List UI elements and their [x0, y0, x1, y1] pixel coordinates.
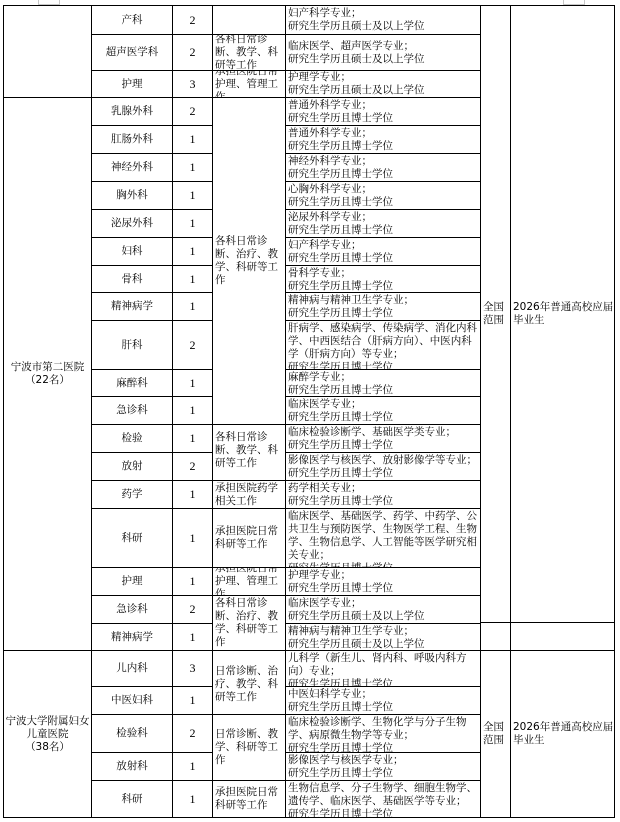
requirement-cell: 影像医学与核医学专业； 研究生学历且博士学位 [285, 752, 481, 781]
requirement-cell: 临床检验诊断学、基础医学类专业； 研究生学历且博士学位 [285, 424, 481, 453]
count-cell: 3 [172, 650, 213, 687]
duty-cell: 承担医院药学相关工作 [212, 480, 286, 509]
duty-cell: 各科日常诊断、治疗、教学、科研等工作 [212, 595, 286, 651]
duty-cell [212, 5, 286, 35]
requirement-cell: 肝病学、感染病学、传染病学、消化内科学、中西医结合（肝病方向）、中医内科学（肝病… [285, 320, 481, 370]
count-cell: 1 [172, 292, 213, 321]
duty-cell: 日常诊断、治疗、教学、科研等工作 [212, 650, 286, 715]
dept-cell: 急诊科 [91, 595, 173, 624]
dept-cell: 泌尿外科 [91, 209, 173, 238]
count-cell: 2 [172, 34, 213, 71]
dept-cell: 精神病学 [91, 623, 173, 651]
dept-cell: 护理 [91, 70, 173, 98]
scope-cell: 全国范围 [480, 650, 511, 818]
dept-cell: 放射 [91, 452, 173, 481]
requirement-cell: 临床医学专业； 研究生学历且博士学位 [285, 396, 481, 425]
dept-cell: 放射科 [91, 752, 173, 781]
count-cell: 1 [172, 153, 213, 182]
dept-cell: 科研 [91, 508, 173, 568]
scope-cell-empty [480, 622, 511, 651]
requirement-cell: 神经外科学专业； 研究生学历且博士学位 [285, 153, 481, 182]
duty-cell: 承担医院日常科研等工作 [212, 780, 286, 818]
count-cell: 1 [172, 181, 213, 210]
requirement-cell: 麻醉学专业； 研究生学历且博士学位 [285, 369, 481, 397]
requirement-cell: 精神病与精神卫生学专业； 研究生学历且博士学位 [285, 292, 481, 321]
dept-cell: 科研 [91, 780, 173, 818]
count-cell: 1 [172, 369, 213, 397]
dept-cell: 麻醉科 [91, 369, 173, 397]
requirement-cell: 临床医学专业； 研究生学历且硕士及以上学位 [285, 595, 481, 624]
dept-cell: 药学 [91, 480, 173, 509]
requirement-cell: 妇产科学专业； 研究生学历且硕士及以上学位 [285, 5, 481, 35]
dept-cell: 肝科 [91, 320, 173, 370]
dept-cell: 护理 [91, 567, 173, 596]
requirement-cell: 护理学专业； 研究生学历且硕士及以上学位 [285, 70, 481, 98]
duty-cell: 日常诊断、教学、科研等工作 [212, 714, 286, 781]
target-cell: 2026年普通高校应届毕业生 [510, 5, 615, 623]
requirement-cell: 药学相关专业； 研究生学历且博士学位 [285, 480, 481, 509]
count-cell: 1 [172, 209, 213, 238]
duty-cell: 承担医院日常科研等工作 [212, 508, 286, 568]
requirement-cell: 生物信息学、分子生物学、细胞生物学、遗传学、临床医学、基础医学等专业； 研究生学… [285, 780, 481, 818]
requirement-cell: 妇产科学专业； 研究生学历且博士学位 [285, 237, 481, 266]
count-cell: 1 [172, 567, 213, 596]
target-cell: 2026年普通高校应届毕业生 [510, 650, 615, 818]
dept-cell: 骨科 [91, 265, 173, 293]
requirement-cell: 临床医学、基础医学、药学、中药学、公共卫生与预防医学、生物医学工程、生物学、生物… [285, 508, 481, 568]
duty-cell: 各科日常诊断、治疗、教学、科研等工作 [212, 97, 286, 425]
dept-cell: 胸外科 [91, 181, 173, 210]
requirement-cell: 中医妇科学专业； 研究生学历且博士学位 [285, 686, 481, 715]
dept-cell: 检验科 [91, 714, 173, 753]
hospital-cell [3, 5, 92, 98]
scope-cell: 全国范围 [480, 5, 511, 623]
count-cell: 1 [172, 424, 213, 453]
dept-cell: 神经外科 [91, 153, 173, 182]
hospital-cell: 宁波市第二医院 （22名） [3, 97, 92, 651]
requirement-cell: 精神病与精神卫生学专业； 研究生学历且硕士及以上学位 [285, 623, 481, 651]
hospital-cell: 宁波大学附属妇女儿童医院 （38名） [3, 650, 92, 818]
dept-cell: 中医妇科 [91, 686, 173, 715]
dept-cell: 超声医学科 [91, 34, 173, 71]
count-cell: 1 [172, 623, 213, 651]
count-cell: 1 [172, 686, 213, 715]
dept-cell: 肛肠外科 [91, 125, 173, 154]
count-cell: 1 [172, 125, 213, 154]
count-cell: 2 [172, 5, 213, 35]
count-cell: 1 [172, 780, 213, 818]
requirement-cell: 临床医学、超声医学专业； 研究生学历且硕士及以上学位 [285, 34, 481, 71]
requirement-cell: 心胸外科学专业； 研究生学历且博士学位 [285, 181, 481, 210]
count-cell: 2 [172, 595, 213, 624]
duty-cell: 各科日常诊断、教学、科研等工作 [212, 424, 286, 481]
requirement-cell: 泌尿外科学专业； 研究生学历且博士学位 [285, 209, 481, 238]
dept-cell: 产科 [91, 5, 173, 35]
requirement-cell: 骨科学专业； 研究生学历且博士学位 [285, 265, 481, 293]
count-cell: 1 [172, 480, 213, 509]
duty-cell: 各科日常诊断、教学、科研等工作 [212, 34, 286, 71]
count-cell: 1 [172, 508, 213, 568]
count-cell: 1 [172, 396, 213, 425]
count-cell: 1 [172, 237, 213, 266]
dept-cell: 精神病学 [91, 292, 173, 321]
count-cell: 1 [172, 265, 213, 293]
dept-cell: 乳腺外科 [91, 97, 173, 126]
requirement-cell: 护理学专业； 研究生学历且博士学位 [285, 567, 481, 596]
requirement-cell: 儿科学（新生儿、肾内科、呼吸内科方向）专业； 研究生学历且博士学位 [285, 650, 481, 687]
count-cell: 2 [172, 452, 213, 481]
count-cell: 2 [172, 714, 213, 753]
count-cell: 2 [172, 320, 213, 370]
duty-cell: 承担医院日常护理、管理工作 [212, 70, 286, 98]
count-cell: 1 [172, 752, 213, 781]
count-cell: 3 [172, 70, 213, 98]
dept-cell: 儿内科 [91, 650, 173, 687]
duty-cell: 承担医院日常护理、管理工作 [212, 567, 286, 596]
requirement-cell: 普通外科学专业； 研究生学历且博士学位 [285, 97, 481, 126]
dept-cell: 妇科 [91, 237, 173, 266]
requirement-cell: 影像医学与核医学、放射影像学等专业； 研究生学历且博士学位 [285, 452, 481, 481]
target-cell-empty [510, 622, 615, 651]
requirement-cell: 临床检验诊断学、生物化学与分子生物学、病原微生物学等专业； 研究生学历且博士学位 [285, 714, 481, 753]
requirement-cell: 普通外科学专业； 研究生学历且博士学位 [285, 125, 481, 154]
dept-cell: 检验 [91, 424, 173, 453]
count-cell: 2 [172, 97, 213, 126]
dept-cell: 急诊科 [91, 396, 173, 425]
